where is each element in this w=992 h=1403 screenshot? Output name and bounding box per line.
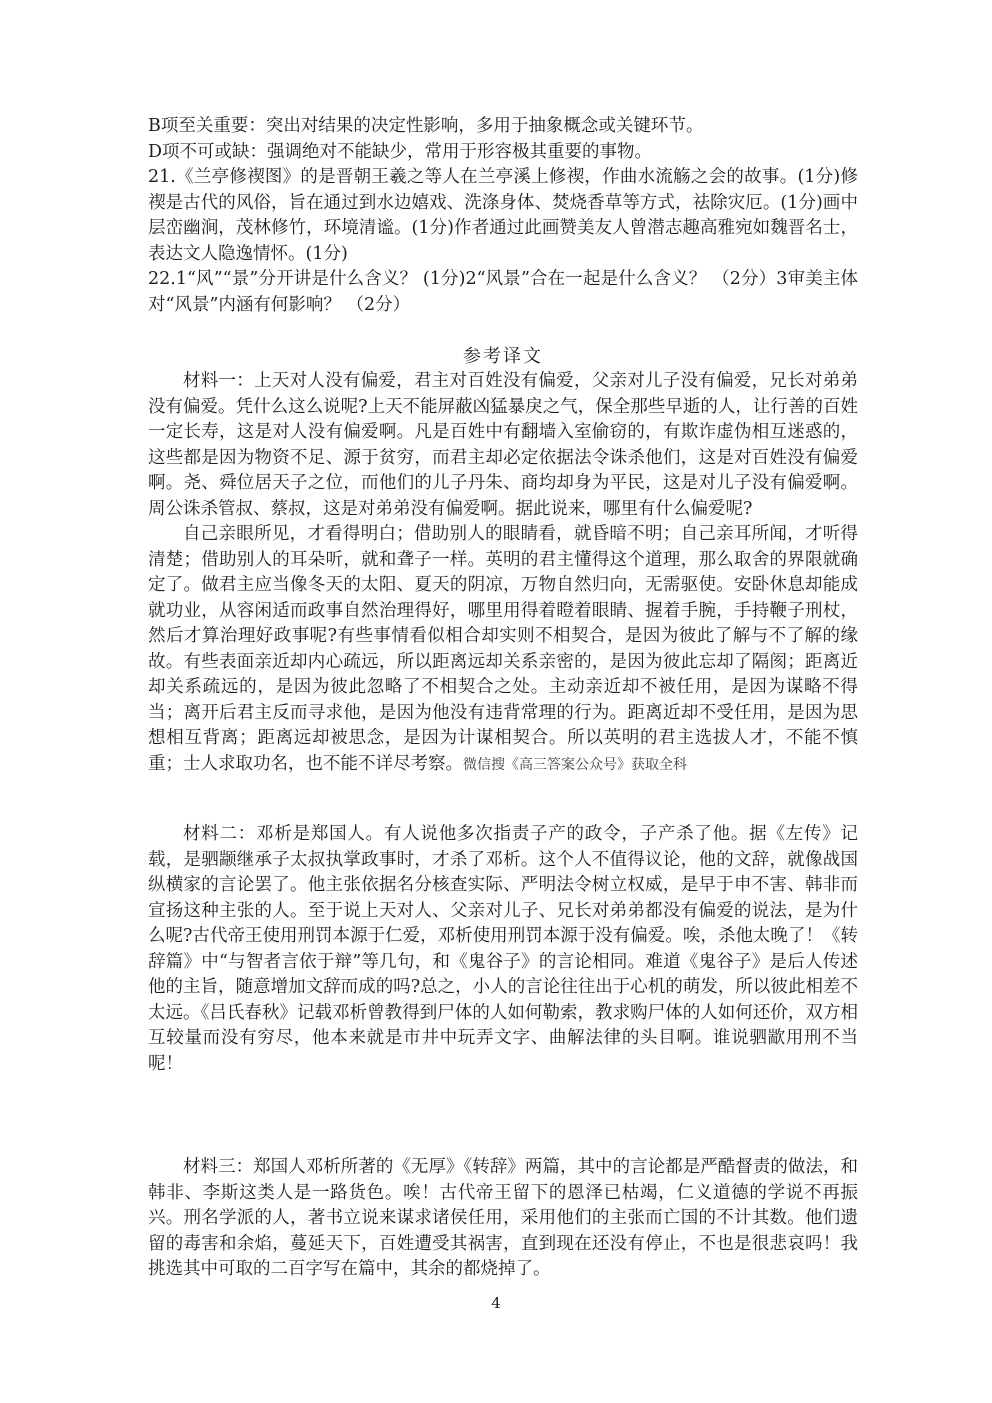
material-1-paragraph-2: 自己亲眼所见，才看得明白；借助别人的眼睛看，就昏暗不明；自己亲耳所闻，才听得清楚… [148, 522, 858, 778]
answer-option-b: B项至关重要：突出对结果的决定性影响，多用于抽象概念或关键环节。 [148, 114, 858, 140]
material-2-paragraph: 材料二：邓析是郑国人。有人说他多次指责子产的政令，子产杀了他。据《左传》记载，是… [148, 822, 858, 1077]
reference-translation-heading: 参考译文 [148, 344, 858, 370]
material-1-paragraph-1: 材料一：上天对人没有偏爱，君主对百姓没有偏爱，父亲对儿子没有偏爱，兄长对弟弟没有… [148, 369, 858, 522]
document-page: B项至关重要：突出对结果的决定性影响，多用于抽象概念或关键环节。 D项不可或缺：… [0, 0, 992, 1403]
answer-question-22: 22.1“风”“景”分开讲是什么含义？ (1分)2“风景”合在一起是什么含义？ … [148, 267, 858, 318]
wechat-watermark-note: 微信搜《高三答案公众号》获取全科 [463, 757, 687, 773]
answer-option-d: D项不可或缺：强调绝对不能缺少，常用于形容极其重要的事物。 [148, 140, 858, 166]
material-3-paragraph: 材料三：郑国人邓析所著的《无厚》《转辞》两篇，其中的言论都是严酷督责的做法，和韩… [148, 1155, 858, 1283]
material-1-paragraph-2-text: 自己亲眼所见，才看得明白；借助别人的眼睛看，就昏暗不明；自己亲耳所闻，才听得清楚… [148, 524, 858, 774]
page-number: 4 [0, 1294, 992, 1312]
page-content: B项至关重要：突出对结果的决定性影响，多用于抽象概念或关键环节。 D项不可或缺：… [148, 114, 858, 1283]
answer-question-21: 21.《兰亭修禊图》的是晋朝王羲之等人在兰亭溪上修禊，作曲水流觞之会的故事。(1… [148, 165, 858, 267]
